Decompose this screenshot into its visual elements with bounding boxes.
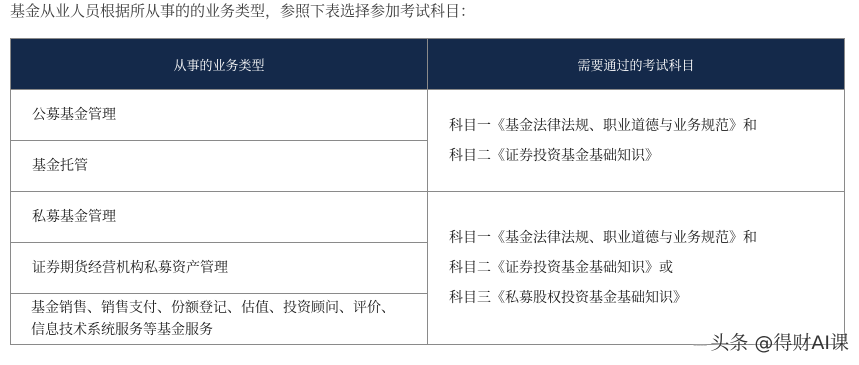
header-business-type: 从事的业务类型	[11, 39, 428, 90]
exam-subjects-cell: 科目一《基金法律法规、职业道德与业务规范》和 科目二《证券投资基金基础知识》	[428, 90, 845, 192]
business-type-line: 基金销售、销售支付、份额登记、估值、投资顾问、评价、	[31, 297, 427, 319]
business-type-line: 信息技术系统服务等基金服务	[31, 319, 427, 341]
business-type-cell: 基金托管	[11, 141, 428, 192]
watermark: ----头条 @得财AI课	[693, 330, 849, 358]
subject-line: 科目三《私募股权投资基金基础知识》	[449, 283, 844, 313]
subject-line: 科目二《证券投资基金基础知识》	[449, 141, 844, 171]
subject-line: 科目一《基金法律法规、职业道德与业务规范》和	[449, 223, 844, 253]
table-header-row: 从事的业务类型 需要通过的考试科目	[11, 39, 845, 90]
business-type-cell: 基金销售、销售支付、份额登记、估值、投资顾问、评价、 信息技术系统服务等基金服务	[11, 294, 428, 345]
subject-line: 科目二《证券投资基金基础知识》或	[449, 253, 844, 283]
business-type-cell: 证券期货经营机构私募资产管理	[11, 243, 428, 294]
table-row: 私募基金管理 科目一《基金法律法规、职业道德与业务规范》和 科目二《证券投资基金…	[11, 192, 845, 243]
intro-text: 基金从业人员根据所从事的的业务类型，参照下表选择参加考试科目：	[10, 0, 475, 22]
subject-line: 科目一《基金法律法规、职业道德与业务规范》和	[449, 111, 844, 141]
table-row: 公募基金管理 科目一《基金法律法规、职业道德与业务规范》和 科目二《证券投资基金…	[11, 90, 845, 141]
business-type-cell: 公募基金管理	[11, 90, 428, 141]
header-exam-subjects: 需要通过的考试科目	[428, 39, 845, 90]
exam-subjects-cell: 科目一《基金法律法规、职业道德与业务规范》和 科目二《证券投资基金基础知识》或 …	[428, 192, 845, 345]
business-type-cell: 私募基金管理	[11, 192, 428, 243]
watermark-text: 头条 @得财AI课	[710, 332, 849, 354]
exam-subject-table: 从事的业务类型 需要通过的考试科目 公募基金管理 科目一《基金法律法规、职业道德…	[10, 38, 845, 345]
watermark-dash: ----	[693, 338, 706, 352]
